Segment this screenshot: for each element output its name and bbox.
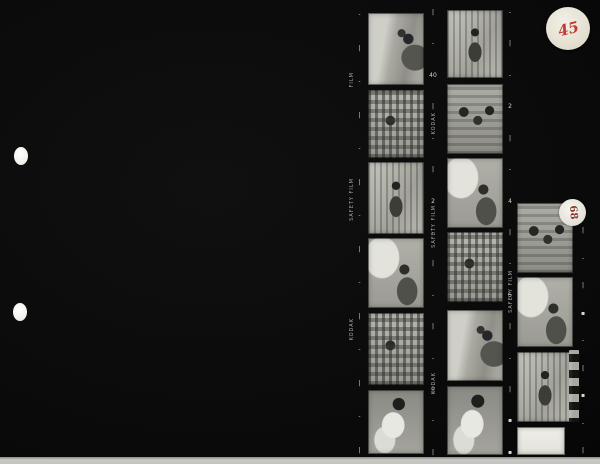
film-edge-mark: - [582, 338, 584, 344]
film-edge-mark: | [582, 228, 584, 234]
film-edge-text: FILM [349, 72, 355, 87]
film-edge-mark: - [358, 79, 360, 85]
film-edge-mark: | [432, 10, 434, 16]
film-frame-s3-f2 [517, 277, 573, 347]
film-edge-mark: | [432, 167, 434, 173]
film-edge-mark: | [358, 46, 360, 52]
side-number-label: 68 [566, 205, 578, 220]
film-frame-s1-f4 [368, 238, 424, 308]
side-number-sticker: 68 [559, 199, 586, 226]
scanner-bed-strip [0, 457, 600, 464]
film-edge-marks-left: -|-|-|-|-|-|-| [355, 12, 364, 454]
film-edge-marks-right: |-|▪-|▪-| [578, 228, 588, 454]
film-edge-mark: - [432, 418, 434, 424]
film-edge-mark: - [358, 146, 360, 152]
film-edge-mark: - [358, 280, 360, 286]
film-edge-mark: | [358, 381, 360, 387]
film-edge-mark: 4 [508, 199, 512, 205]
film-edge-mark: - [358, 414, 360, 420]
film-edge-mark: | [509, 230, 511, 236]
film-edge-mark: - [582, 421, 584, 427]
film-frame-s2-f3 [447, 158, 503, 228]
film-edge-mark: ▪ [508, 418, 512, 424]
film-edge-mark: - [509, 261, 511, 267]
film-frame-s1-f1 [368, 13, 424, 85]
film-frame-s1-f5 [368, 313, 424, 385]
film-edge-text: KODAK [349, 318, 355, 340]
film-edge-mark: - [358, 12, 360, 18]
punch-hole-bottom [13, 303, 27, 321]
film-edge-mark: | [509, 387, 511, 393]
film-edge-mark: | [582, 366, 584, 372]
film-edge-mark: | [358, 448, 360, 454]
film-frame-s2-f5 [447, 310, 503, 381]
film-frame-s2-f1 [447, 10, 503, 78]
film-edge-text: SAFETY FILM [508, 270, 514, 313]
film-edge-mark: ▪ [508, 450, 512, 456]
film-frame-s2-f4 [447, 232, 503, 302]
film-edge-mark: | [509, 136, 511, 142]
film-edge-mark: 40 [429, 73, 437, 79]
film-edge-mark: | [432, 450, 434, 456]
film-edge-mark: ▪ [581, 311, 585, 317]
film-edge-mark: - [582, 256, 584, 262]
punch-hole-top [14, 147, 28, 165]
film-edge-mark: - [509, 356, 511, 362]
film-edge-mark: 2 [431, 199, 435, 205]
film-edge-mark: | [432, 324, 434, 330]
film-edge-mark: | [358, 314, 360, 320]
film-edge-mark: | [358, 113, 360, 119]
film-edge-mark: - [432, 136, 434, 142]
film-edge-mark: | [432, 104, 434, 110]
film-edge-marks-mid-2: -|-2|-4|-5|-|▪▪ [505, 10, 515, 456]
film-edge-mark: | [432, 261, 434, 267]
film-edge-mark: - [509, 167, 511, 173]
film-frame-s3-f3 [517, 352, 573, 422]
film-edge-mark: - [509, 73, 511, 79]
film-frame-s2-f2 [447, 84, 503, 154]
film-frame-s1-f2 [368, 90, 424, 158]
film-frame-s2-f6 [447, 386, 503, 455]
film-edge-mark: - [432, 356, 434, 362]
film-frame-s1-f6 [368, 390, 424, 454]
roll-number-label: 45 [556, 17, 581, 40]
film-edge-mark: | [509, 41, 511, 47]
film-frame-s3-f4-blank [517, 427, 565, 455]
film-edge-mark: 2 [508, 104, 512, 110]
film-edge-mark: - [509, 10, 511, 16]
roll-number-sticker: 45 [546, 7, 590, 50]
film-edge-mark: ▪ [581, 393, 585, 399]
film-edge-mark: - [432, 293, 434, 299]
film-edge-mark: | [582, 283, 584, 289]
film-edge-mark: - [358, 347, 360, 353]
film-edge-text: KODAK [431, 112, 437, 134]
film-edge-mark: | [509, 324, 511, 330]
film-edge-text: SAFETY FILM [431, 205, 437, 248]
film-edge-mark: - [432, 41, 434, 47]
film-edge-mark: - [358, 213, 360, 219]
film-edge-text: KODAK [431, 372, 437, 394]
film-edge-mark: | [582, 448, 584, 454]
film-frame-s1-f3 [368, 162, 424, 234]
film-edge-mark: | [358, 247, 360, 253]
film-edge-text: SAFETY FILM [349, 178, 355, 221]
film-edge-mark: | [358, 180, 360, 186]
contact-sheet-page: -|-|-|-|-|-|-| |-40|-|2-|-|-|-| -|-2|-4|… [0, 0, 600, 464]
